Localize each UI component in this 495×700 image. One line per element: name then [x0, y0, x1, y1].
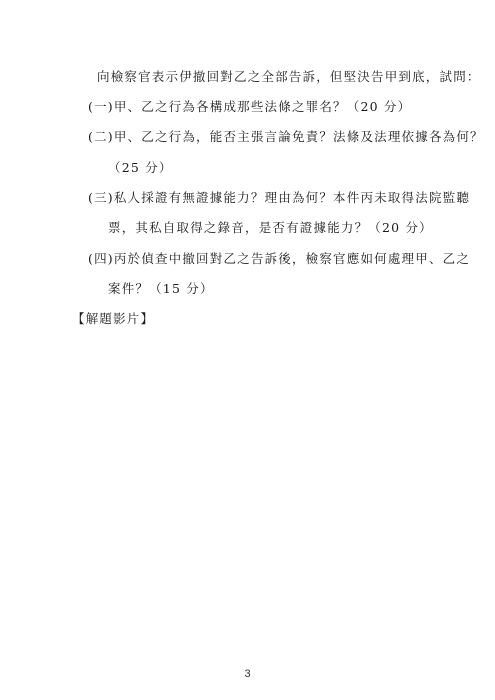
question-1-line-1: (一)甲、乙之行為各構成那些法條之罪名？（20 分）: [88, 97, 411, 115]
question-3-line-2: 票，其私自取得之錄音，是否有證據能力？（20 分）: [108, 218, 433, 236]
question-4-line-2: 案件？（15 分）: [108, 279, 214, 297]
question-4-line-1: (四)丙於偵查中撤回對乙之告訴後，檢察官應如何處理甲、乙之: [88, 249, 470, 267]
question-3-line-1: (三)私人採證有無證據能力？理由為何？本件丙未取得法院監聽: [88, 188, 470, 206]
page-number: 3: [0, 668, 495, 680]
question-2-line-2: （25 分）: [108, 158, 173, 176]
question-2-line-1: (二)甲、乙之行為，能否主張言論免責？法條及法理依據各為何？: [88, 127, 484, 145]
solution-video-label[interactable]: 【解題影片】: [72, 309, 154, 327]
intro-line: 向檢察官表示伊撤回對乙之全部告訴，但堅決告甲到底，試問：: [97, 67, 481, 85]
